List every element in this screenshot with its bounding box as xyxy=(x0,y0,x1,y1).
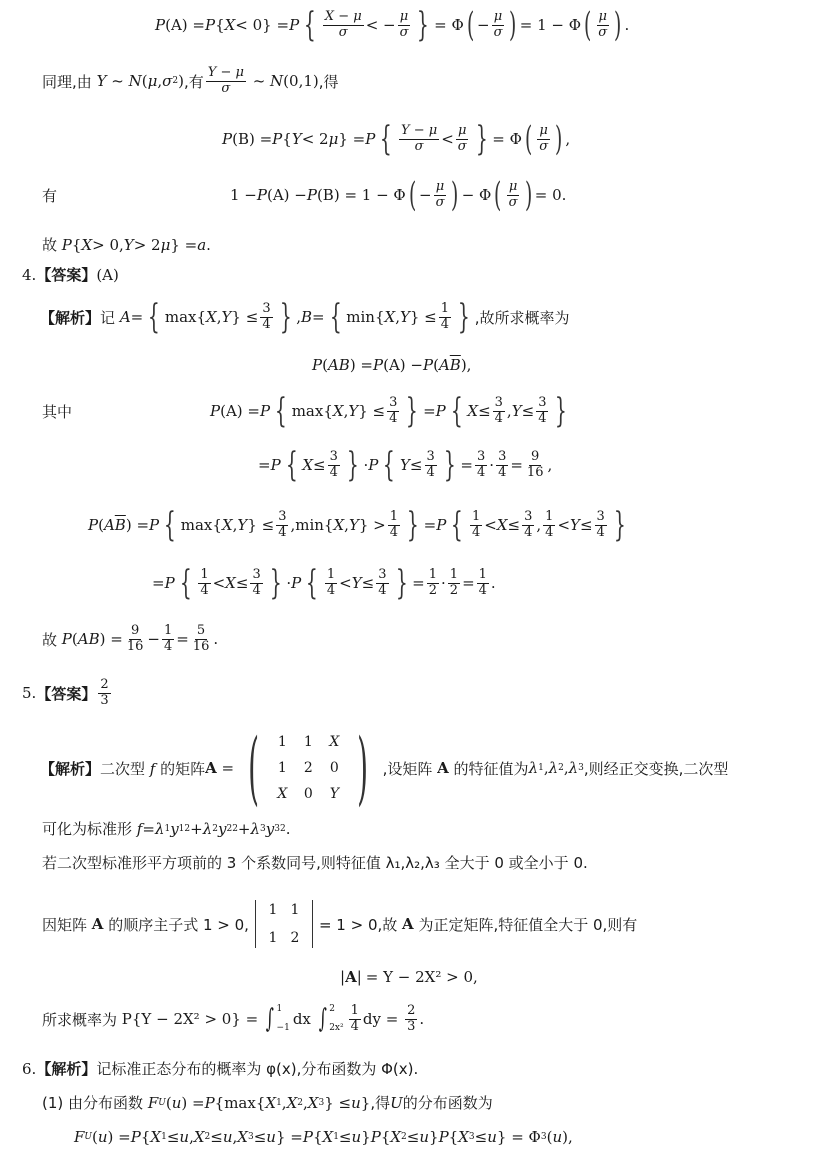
q6-intro: 6.【解析】记标准正态分布的概率为 φ(x),分布函数为 Φ(x). xyxy=(22,1058,418,1079)
q5-answer-line: 5.【答案】 23 xyxy=(22,678,113,709)
q4-analysis-intro: 【解析】 记 A = {max{X,Y} ≤ 34},B = {min{X,Y}… xyxy=(40,300,569,334)
q5-standard-form: 可化为标准形 f = λ1y12 + λ2y22 + λ3y32. xyxy=(42,818,290,839)
q6-part1: (1) 由分布函数 FU(u) = P{max{X1,X2,X3} ≤ u},得… xyxy=(42,1092,493,1113)
analysis-tag: 【解析】 xyxy=(40,307,100,328)
q5-same-sign: 若二次型标准形平方项前的 3 个系数同号,则特征值 λ₁,λ₂,λ₃ 全大于 0… xyxy=(42,852,588,873)
similarly-line: 同理,由 Y ~ N(μ,σ2),有Y − μσ ~ N(0,1),得 xyxy=(42,66,339,97)
determinant-2x2: 11 12 xyxy=(255,900,313,948)
equation-PB: P(B) = P{Y < 2μ} = P{Y − μσ < μσ} = Φ(μσ… xyxy=(222,122,570,156)
equation-sum-row: 有 1 − P(A) − P(B) = 1 − Φ(−μσ) − Φ(μσ) =… xyxy=(42,178,566,212)
q5-matrix-line: 【解析】 二次型 f 的矩阵A = ( 11X 120 X0Y ) ,设矩阵 A… xyxy=(40,728,728,808)
matrix-A: ( 11X 120 X0Y ) xyxy=(238,728,378,808)
equation-PA: P(A) = P{X < 0} = P{X − μσ < −μσ} = Φ(−μ… xyxy=(155,8,629,42)
analysis-tag: 【解析】 xyxy=(40,758,100,779)
equation-PAB: P(AB) = P(A) − P(AB), xyxy=(312,356,471,374)
equation-PA-line2: = P{X ≤ 34}·P{Y ≤ 34} = 34·34 = 916, xyxy=(258,448,552,482)
equation-PABbar-line1: P(AB) = P{max{X,Y} ≤ 34,min{X,Y} > 14} =… xyxy=(88,508,630,542)
answer-tag: 【答案】 xyxy=(36,683,96,704)
part3-conclusion: 故 P{X > 0, Y > 2μ} = a. xyxy=(42,234,211,255)
q4-answer-line: 4.【答案】(A) xyxy=(22,264,119,285)
equation-PA-line1: 其中 P(A) = P{max{X,Y} ≤ 34} = P{X ≤ 34,Y … xyxy=(42,394,572,428)
q5-probability: 所求概率为 P{Y − 2X² > 0} = ∫1−1 dx ∫22x² 14d… xyxy=(42,1004,424,1035)
q5-minor-line: 因矩阵 A 的顺序主子式 1 > 0, 11 12 = 1 > 0,故 A 为正… xyxy=(42,900,637,948)
q6-part1-eq: FU(u) = P{X1 ≤ u,X2 ≤ u,X3 ≤ u} = P{X1 ≤… xyxy=(74,1128,573,1146)
equation-PABbar-line2: = P{14 < X ≤ 34}·P{14 < Y ≤ 34} = 12·12 … xyxy=(152,566,496,600)
analysis-tag: 【解析】 xyxy=(36,1058,96,1079)
q5-det-eq: |A| = Y − 2X² > 0, xyxy=(340,968,478,986)
q4-conclusion: 故 P(AB) = 916 − 14 = 516. xyxy=(42,624,218,655)
answer-tag: 【答案】 xyxy=(36,264,96,285)
